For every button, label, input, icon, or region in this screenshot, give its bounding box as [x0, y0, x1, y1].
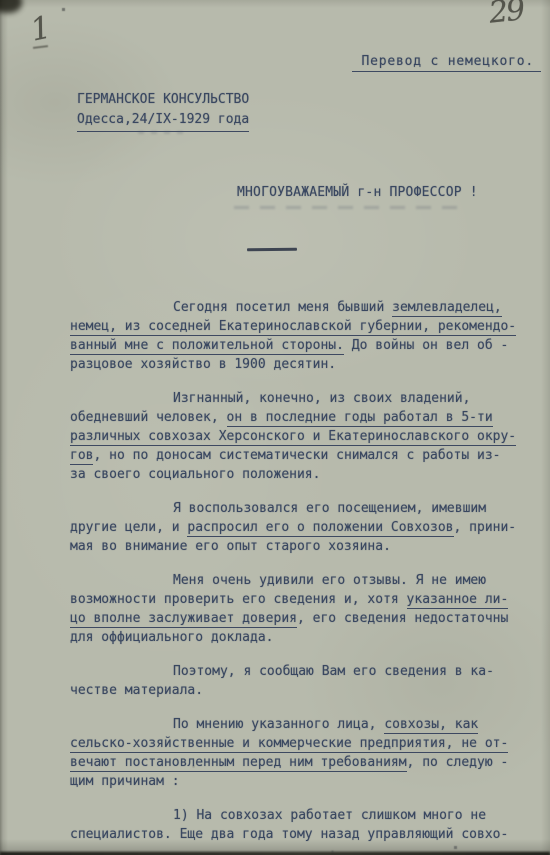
underlined-text: указанное ли- [407, 592, 509, 609]
text-line: немец, из соседней Екатеринославской губ… [70, 317, 542, 336]
paragraph: По мнению указанного лица, совхозы, какс… [70, 715, 542, 791]
text-line: честве материала. [70, 681, 542, 700]
text-line: щим причинам : [70, 772, 542, 791]
letterhead-organization: ГЕРМАНСКОЕ КОНСУЛЬСТВО [77, 90, 249, 110]
text-segment: 1) На совхозах работает слишком много не [173, 808, 486, 823]
letter-body: Сегодня посетил меня бывший землевладеле… [70, 298, 542, 855]
paragraph: Сегодня посетил меня бывший землевладеле… [70, 298, 542, 374]
text-line: за своего социального положения. [70, 465, 542, 484]
text-segment: , его сведения недостаточны [297, 611, 508, 626]
text-segment: , прини- [454, 520, 517, 535]
paragraph: Я воспользовался его посещением, имевшим… [70, 499, 542, 556]
letterhead-place-date: Одесса,24/IX-1929 года [77, 110, 249, 132]
text-segment: возможности проверить его сведения и, хо… [70, 592, 407, 607]
text-segment: , по следую - [407, 755, 509, 770]
text-line: для оффициального доклада. [70, 628, 542, 647]
underlined-text: сельско-хозяйственные и коммерческие пре… [70, 736, 508, 753]
text-segment: Поэтому, я сообщаю Вам его сведения в ка… [173, 664, 494, 679]
underlined-text: цо вполне заслуживает доверия [70, 611, 297, 628]
text-line: специалистов. Еще два года тому назад уп… [70, 825, 542, 844]
text-line: Я воспользовался его посещением, имевшим [70, 499, 542, 518]
underlined-text: совхозы, как [384, 717, 478, 734]
faded-mark [138, 131, 188, 134]
text-segment: Я воспользовался его посещением, имевшим [173, 501, 486, 516]
paragraph: Меня очень удивили его отзывы. Я не имею… [70, 571, 542, 647]
translation-note: Перевод с немецкого. [352, 54, 541, 69]
text-line: 1) На совхозах работает слишком много не [70, 806, 542, 825]
text-line: различных совхозах Херсонского и Екатери… [70, 427, 542, 446]
underlined-text: он в последние годы работал в 5-ти [227, 410, 493, 427]
text-line: Изгнанный, конечно, из своих владений, [70, 389, 542, 408]
text-segment: По мнению указанного лица, [173, 717, 384, 732]
underlined-text: гов [70, 448, 93, 465]
text-line: Сегодня посетил меня бывший землевладеле… [70, 298, 542, 317]
section-divider [247, 248, 297, 251]
text-line: Поэтому, я сообщаю Вам его сведения в ка… [70, 662, 542, 681]
text-line: обедневший человек, он в последние годы … [70, 408, 542, 427]
underlined-text: немец, из соседней Екатеринославской губ… [70, 319, 516, 336]
paper-speckles [0, 0, 1, 1]
text-line: гов, но по доносам систематически снимал… [70, 446, 542, 465]
handwritten-page-number-left: 1 [27, 9, 54, 48]
text-line: возможности проверить его сведения и, хо… [70, 590, 542, 609]
paragraph: Поэтому, я сообщаю Вам его сведения в ка… [70, 662, 542, 700]
text-segment: другие цели, и [70, 520, 187, 535]
text-line: мая во внимание его опыт старого хозяина… [70, 537, 542, 556]
paragraph: 1) На совхозах работает слишком много не… [70, 806, 542, 844]
text-segment: , но по доносам систематически снимался … [93, 448, 500, 463]
text-line: По мнению указанного лица, совхозы, как [70, 715, 542, 734]
text-segment: честве материала. [70, 683, 203, 698]
pencil-stroke [33, 45, 48, 49]
underlined-text: распросил его о положении Совхозов [187, 520, 453, 537]
text-segment: Изгнанный, конечно, из своих владений, [173, 391, 470, 406]
underlined-text: различных совхозах Херсонского и Екатери… [70, 429, 516, 446]
salutation: МНОГОУВАЖАЕМЫЙ г-н ПРОФЕССОР ! [237, 185, 478, 200]
text-segment: Сегодня посетил меня бывший [173, 300, 392, 315]
text-line: цо вполне заслуживает доверия, его сведе… [70, 609, 542, 628]
handwritten-page-number-right: 29 [487, 0, 525, 31]
scan-corner-shadow [0, 0, 22, 13]
text-line: ванный мне с положительной стороны. До в… [70, 336, 542, 355]
text-segment: за своего социального положения. [70, 467, 320, 482]
underlined-text: ванный мне с положительной стороны. [70, 338, 344, 355]
text-line: сельско-хозяйственные и коммерческие пре… [70, 734, 542, 753]
translation-note-text: Перевод с немецкого. [352, 54, 541, 72]
document-page: 1 29 Перевод с немецкого. ГЕРМАНСКОЕ КОН… [0, 0, 550, 855]
text-segment: для оффициального доклада. [70, 630, 274, 645]
text-line: разцовое хозяйство в 1900 десятин. [70, 355, 542, 374]
text-line: Меня очень удивили его отзывы. Я не имею [70, 571, 542, 590]
text-segment: До войны он вел об - [344, 338, 508, 353]
text-segment: специалистов. Еще два года тому назад уп… [70, 827, 508, 842]
letterhead: ГЕРМАНСКОЕ КОНСУЛЬСТВО Одесса,24/IX-1929… [77, 90, 249, 132]
text-segment: мая во внимание его опыт старого хозяина… [70, 539, 391, 554]
text-segment: обедневший человек, [70, 410, 227, 425]
underlined-text: вечают постановленным перед ним требован… [70, 755, 407, 772]
faded-mark [234, 206, 464, 209]
text-segment: Меня очень удивили его отзывы. Я не имею [173, 573, 486, 588]
text-line: другие цели, и распросил его о положении… [70, 518, 542, 537]
text-segment: разцовое хозяйство в 1900 десятин. [70, 357, 336, 372]
underlined-text: землевладелец, [392, 300, 502, 317]
text-segment: щим причинам : [70, 774, 180, 789]
paragraph: Изгнанный, конечно, из своих владений,об… [70, 389, 542, 484]
text-line: вечают постановленным перед ним требован… [70, 753, 542, 772]
